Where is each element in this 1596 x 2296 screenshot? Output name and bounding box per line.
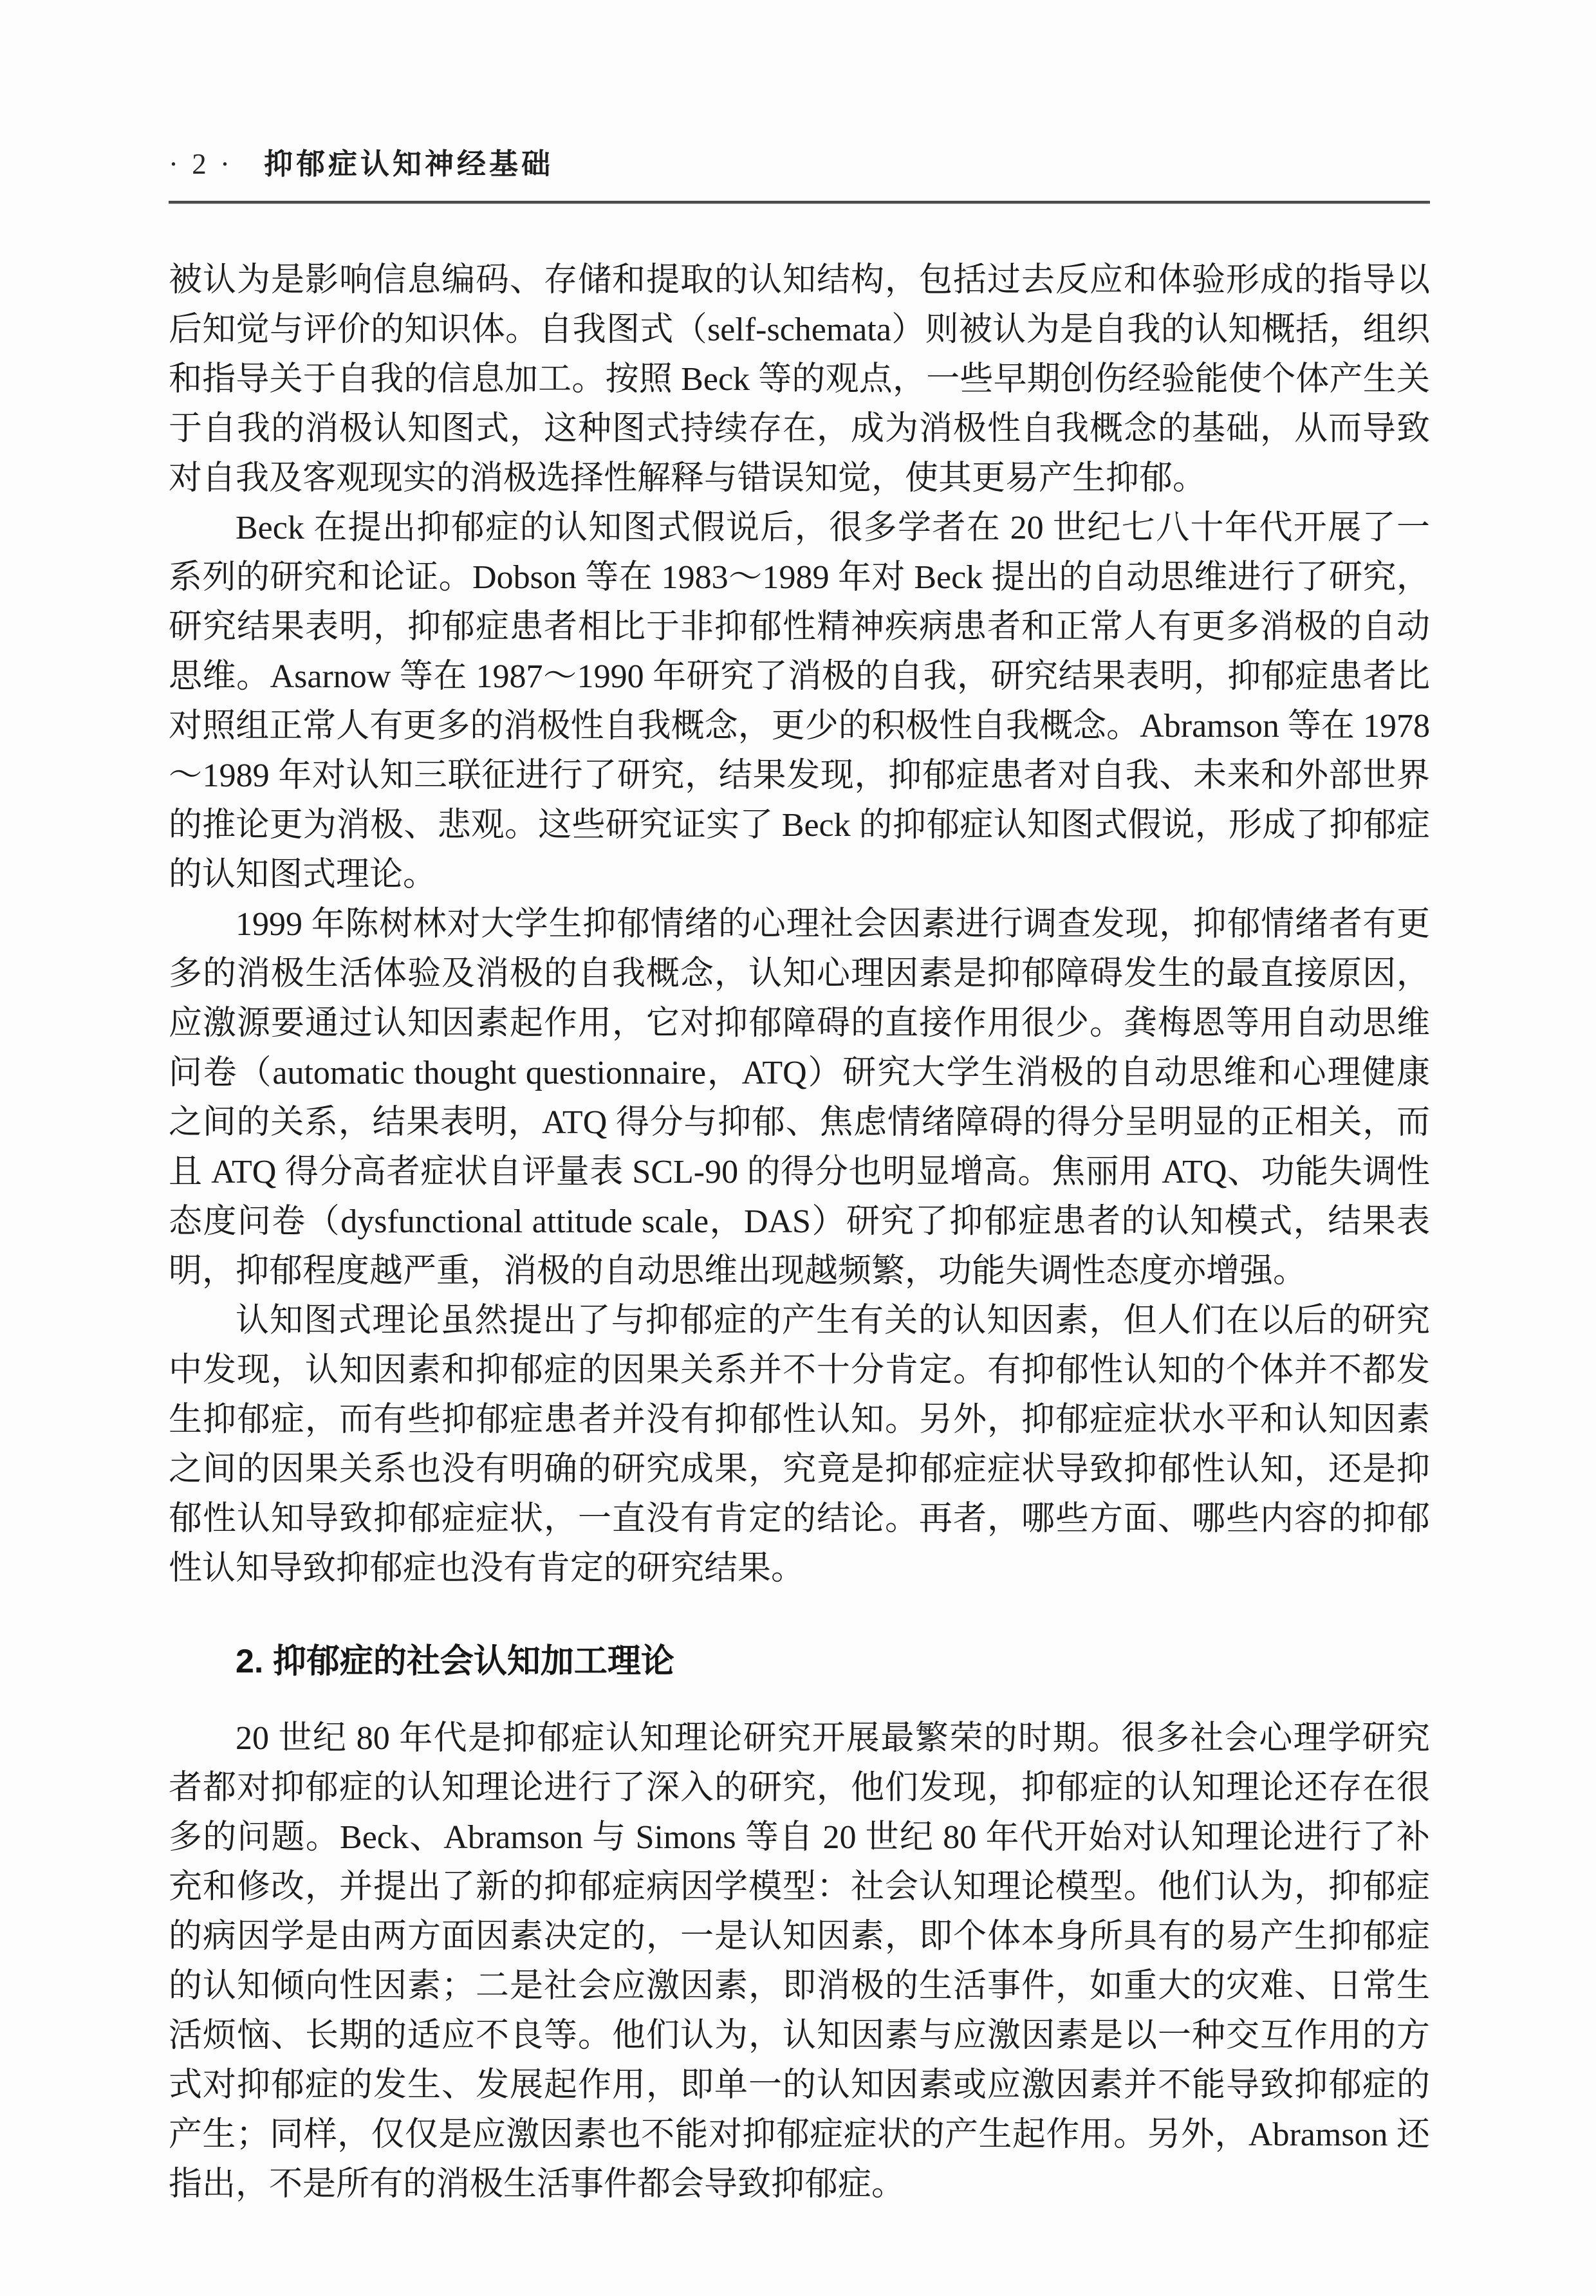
paragraph: 1999 年陈树林对大学生抑郁情绪的心理社会因素进行调查发现，抑郁情绪者有更多的… — [169, 900, 1430, 1296]
book-page: · 2 · 抑郁症认知神经基础 被认为是影响信息编码、存储和提取的认知结构，包括… — [0, 0, 1596, 2296]
header-rule — [169, 201, 1430, 204]
running-head-book-title: 抑郁症认知神经基础 — [264, 145, 553, 183]
page-content-area: · 2 · 抑郁症认知神经基础 被认为是影响信息编码、存储和提取的认知结构，包括… — [0, 0, 1596, 2209]
page-number: · 2 · — [169, 145, 233, 183]
paragraph: Beck 在提出抑郁症的认知图式假说后，很多学者在 20 世纪七八十年代开展了一… — [169, 503, 1430, 900]
paragraph: 20 世纪 80 年代是抑郁症认知理论研究开展最繁荣的时期。很多社会心理学研究者… — [169, 1714, 1430, 2209]
page-body: 被认为是影响信息编码、存储和提取的认知结构，包括过去反应和体验形成的指导以后知觉… — [169, 255, 1430, 2209]
section-heading: 2. 抑郁症的社会认知加工理论 — [169, 1637, 1430, 1687]
paragraph-continuation: 被认为是影响信息编码、存储和提取的认知结构，包括过去反应和体验形成的指导以后知觉… — [169, 255, 1430, 503]
paragraph: 认知图式理论虽然提出了与抑郁症的产生有关的认知因素，但人们在以后的研究中发现，认… — [169, 1296, 1430, 1593]
page-header: · 2 · 抑郁症认知神经基础 — [169, 145, 1430, 183]
